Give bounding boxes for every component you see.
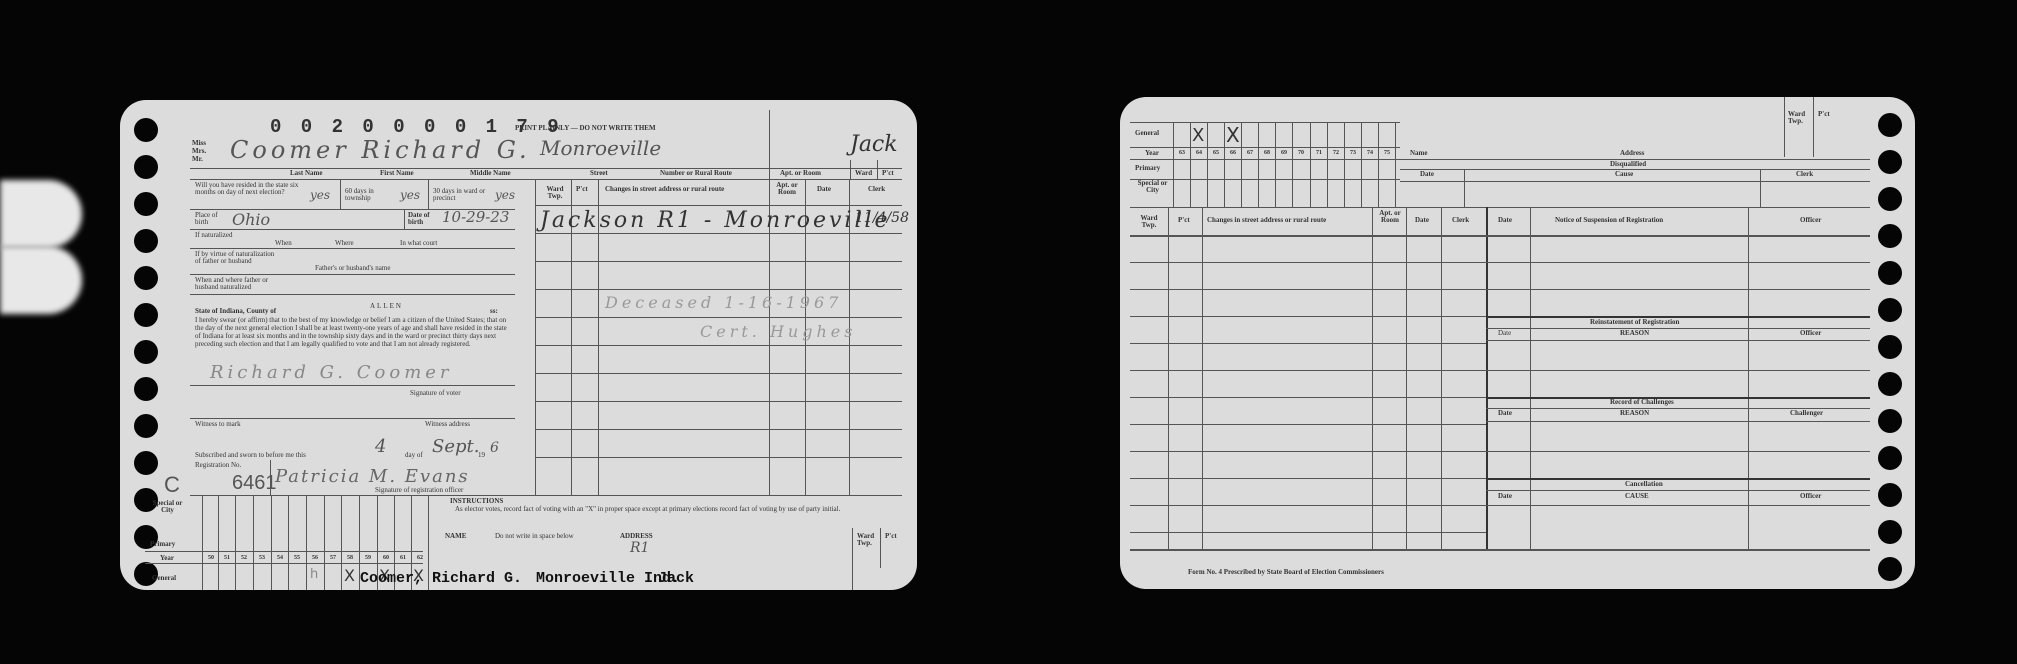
rule <box>306 495 307 590</box>
typed-name: Coomer, Richard G. <box>360 570 522 587</box>
adjacent-card-edge-bottom <box>0 246 82 314</box>
reinstatement-date-label: Date <box>1498 330 1511 337</box>
rule <box>1207 122 1208 207</box>
year-cell: 59 <box>361 555 375 561</box>
rule <box>1344 122 1345 207</box>
punch-hole <box>1878 261 1902 285</box>
rule <box>1486 421 1870 422</box>
rule <box>880 528 881 568</box>
date-of-birth-value: 10-29-23 <box>442 208 509 226</box>
grid-label-special: Special or City <box>150 500 185 515</box>
rule <box>190 495 902 496</box>
voter-signature: Richard G. Coomer <box>210 362 453 383</box>
label-ward: Ward <box>855 170 872 177</box>
punch-hole <box>1878 224 1902 248</box>
punch-hole <box>1878 409 1902 433</box>
header-notice: PRINT PLAINLY — DO NOT WRITE THEM <box>515 125 656 132</box>
punch-hole <box>134 229 158 253</box>
rule <box>1310 122 1311 207</box>
label-signature-of-voter: Signature of voter <box>410 390 461 397</box>
label-place-of-birth: Place of birth <box>195 212 225 227</box>
year-cell: 60 <box>379 555 393 561</box>
year-cell: 53 <box>255 555 269 561</box>
rule <box>1130 478 1486 479</box>
punch-hole <box>1878 298 1902 322</box>
rule <box>1361 122 1362 207</box>
rule <box>1224 122 1225 207</box>
year-cell: 70 <box>1294 150 1308 156</box>
rule <box>1441 207 1442 549</box>
rule <box>202 495 203 590</box>
year-cell: 73 <box>1346 150 1360 156</box>
punch-hole <box>134 377 158 401</box>
rule <box>190 274 515 275</box>
reinstatement-officer-label: Officer <box>1800 330 1821 337</box>
label-number: Number or Rural Route <box>660 170 732 177</box>
rule <box>1486 262 1870 263</box>
rule <box>1168 207 1169 549</box>
rule <box>850 160 851 180</box>
col-clerk: Clerk <box>1452 217 1469 224</box>
year-cell: 61 <box>396 555 410 561</box>
rule <box>1258 122 1259 207</box>
rule <box>1395 122 1396 207</box>
year-cell: 54 <box>273 555 287 561</box>
rule <box>1400 181 1870 182</box>
rule <box>535 233 902 234</box>
rule <box>1406 207 1407 549</box>
rule <box>340 179 341 209</box>
oath-county: ALLEN <box>370 303 403 310</box>
year-cell: 64 <box>1192 150 1206 156</box>
punch-hole <box>1878 113 1902 137</box>
punch-hole <box>134 340 158 364</box>
col-date: Date <box>817 186 831 193</box>
rule <box>1486 235 1870 237</box>
grid-label-general: General <box>152 575 176 582</box>
registration-card-back: General Year Primary Special or City 63 … <box>1120 97 1915 589</box>
rule <box>341 495 342 590</box>
col-apt: Apt. or Room <box>772 182 802 197</box>
year-cell: 74 <box>1363 150 1377 156</box>
rule <box>1486 370 1870 371</box>
vote-mark-58: X <box>344 566 355 585</box>
title-mr: Mr. <box>192 156 203 163</box>
col-pct: P'ct <box>576 186 588 193</box>
suspension-date-label: Date <box>1498 217 1512 224</box>
rule <box>1130 207 1870 208</box>
rule <box>190 229 515 230</box>
punch-hole <box>134 303 158 327</box>
vote-mark-56: h <box>310 567 318 582</box>
rule <box>1464 169 1465 207</box>
rule <box>1130 451 1486 452</box>
street-handwritten: Monroeville <box>540 136 661 160</box>
challenges-title: Record of Challenges <box>1610 399 1674 406</box>
label-apt: Apt. or Room <box>780 170 821 177</box>
punch-hole <box>1878 187 1902 211</box>
year-cell: 50 <box>204 555 218 561</box>
label-date: Date <box>1420 171 1434 178</box>
label-day-of: day of <box>405 452 423 459</box>
punch-hole <box>1878 557 1902 581</box>
rule <box>1130 179 1400 180</box>
rule <box>253 495 254 590</box>
rural-route-handwritten: R1 <box>630 540 649 556</box>
rule <box>1813 97 1814 157</box>
punch-hole <box>1878 372 1902 396</box>
rule <box>1486 478 1870 480</box>
rule <box>1486 397 1870 399</box>
grid-label-year: Year <box>1145 150 1159 157</box>
do-not-write-notice: Do not write in space below <box>495 533 574 540</box>
label-virtue: If by virtue of naturalization of father… <box>195 251 275 266</box>
challenges-reason-label: REASON <box>1620 410 1649 417</box>
punch-hole <box>1878 483 1902 507</box>
grid-label-year: Year <box>160 555 174 562</box>
rule <box>1130 235 1486 237</box>
voter-name-handwritten: Coomer Richard G. <box>230 136 531 164</box>
label-name: Name <box>1410 150 1428 157</box>
rule <box>1130 122 1400 123</box>
punch-hole <box>1878 520 1902 544</box>
change-entry-1: Jackson R1 - Monroeville <box>540 208 891 233</box>
label-if-naturalized: If naturalized <box>195 232 233 239</box>
label-pct: P'ct <box>882 170 894 177</box>
vote-mark-64: X <box>1192 125 1204 146</box>
label-officer-signature: Signature of registration officer <box>375 487 463 494</box>
rule <box>1530 207 1531 549</box>
rule <box>1327 122 1328 207</box>
punch-hole <box>1878 446 1902 470</box>
year-cell: 68 <box>1260 150 1274 156</box>
rule <box>1486 490 1870 491</box>
punch-hole <box>134 451 158 475</box>
rule <box>1486 207 1488 549</box>
rule <box>1130 549 1870 551</box>
rule <box>271 495 272 590</box>
day-value: 4 <box>375 436 386 457</box>
instructions-text: As elector votes, record fact of voting … <box>455 506 875 513</box>
rule <box>1486 451 1870 452</box>
rule <box>535 429 902 430</box>
label-where: Where <box>335 240 354 247</box>
punch-hole <box>1878 335 1902 359</box>
disqualified-title: Disqualified <box>1610 161 1646 168</box>
punch-hole <box>1878 150 1902 174</box>
rule <box>852 528 853 590</box>
label-when: When <box>275 240 292 247</box>
rule <box>1486 289 1870 290</box>
grid-label-primary: Primary <box>1135 165 1160 172</box>
grid-label-special: Special or City <box>1135 180 1170 195</box>
rule <box>535 373 902 374</box>
punch-hole <box>134 192 158 216</box>
col-clerk: Clerk <box>868 186 885 193</box>
change-entry-4: Cert. Hughes <box>700 322 856 341</box>
rule <box>1241 122 1242 207</box>
rule <box>535 401 902 402</box>
reinstatement-title: Reinstatement of Registration <box>1590 319 1679 326</box>
rule <box>1190 122 1191 207</box>
rule <box>1378 122 1379 207</box>
year-cell: 57 <box>326 555 340 561</box>
label-court: In what court <box>400 240 437 247</box>
rule <box>270 460 271 495</box>
rule <box>1130 289 1486 290</box>
cancellation-officer-label: Officer <box>1800 493 1821 500</box>
label-street: Street <box>590 170 608 177</box>
form-footer: Form No. 4 Prescribed by State Board of … <box>1188 569 1384 576</box>
oath-text: I hereby swear (or affirm) that to the b… <box>195 316 513 348</box>
rule <box>1372 207 1373 549</box>
rule <box>535 261 902 262</box>
col-changes: Changes in street address or rural route <box>605 186 724 193</box>
year-cell: 63 <box>1175 150 1189 156</box>
label-middle-name: Middle Name <box>470 170 511 177</box>
rule <box>218 495 219 590</box>
place-of-birth-value: Ohio <box>232 210 270 229</box>
label-name: NAME <box>445 533 466 540</box>
label-pct-bottom: P'ct <box>885 533 897 540</box>
reinstatement-reason-label: REASON <box>1620 330 1649 337</box>
label-witness-address: Witness address <box>425 421 470 428</box>
oath-state-line: State of Indiana, County of <box>195 308 276 315</box>
label-subscribed: Subscribed and sworn to before me this <box>195 452 306 459</box>
residence-state-question: Will you have resided in the state six m… <box>195 182 305 197</box>
challenges-challenger-label: Challenger <box>1790 410 1823 417</box>
label-father-naturalized: When and where father or husband natural… <box>195 277 285 292</box>
rule <box>535 457 902 458</box>
residence-ward-answer: yes <box>495 188 515 202</box>
col-ward-twp: Ward Twp. <box>1135 215 1163 230</box>
label-cause: Cause <box>1615 171 1633 178</box>
label-clerk: Clerk <box>1796 171 1813 178</box>
grid-label-general: General <box>1135 130 1159 137</box>
year-cell: 52 <box>237 555 251 561</box>
rule <box>428 179 429 209</box>
rule <box>769 110 770 180</box>
year-cell: 55 <box>290 555 304 561</box>
col-date: Date <box>1415 217 1429 224</box>
rule <box>1130 424 1486 425</box>
residence-ward-question: 30 days in ward or precinct <box>433 188 488 203</box>
rule <box>1748 207 1749 549</box>
label-date-of-birth: Date of birth <box>408 212 438 227</box>
rule <box>877 160 878 180</box>
rule <box>190 179 902 180</box>
residence-state-answer: yes <box>310 188 330 202</box>
rule <box>535 179 536 495</box>
rule <box>190 385 515 386</box>
typed-ward: Jack <box>658 570 694 587</box>
rule <box>1202 207 1203 549</box>
suspension-title: Notice of Suspension of Registration <box>1555 217 1663 224</box>
rule <box>288 495 289 590</box>
rule <box>1130 370 1486 371</box>
year-cell: 65 <box>1209 150 1223 156</box>
cancellation-title: Cancellation <box>1625 481 1663 488</box>
rule <box>1130 505 1486 506</box>
rule <box>190 248 515 249</box>
vote-mark-66: X <box>1226 123 1240 147</box>
rule <box>535 345 902 346</box>
punch-hole <box>134 155 158 179</box>
label-last-name: Last Name <box>290 170 322 177</box>
year-cell: 58 <box>343 555 357 561</box>
label-witness-to-mark: Witness to mark <box>195 421 241 428</box>
year-cell: 69 <box>1277 150 1291 156</box>
rule <box>1130 343 1486 344</box>
rule <box>1486 340 1870 341</box>
ward-handwritten: Jack <box>850 132 898 157</box>
year-cell: 75 <box>1380 150 1394 156</box>
rule <box>1130 262 1486 263</box>
rule <box>1130 397 1486 398</box>
year-cell: 66 <box>1226 150 1240 156</box>
rule <box>1784 97 1785 157</box>
col-ward-twp: Ward Twp. <box>540 186 570 201</box>
month-value: Sept. <box>432 436 479 457</box>
rule <box>145 563 423 564</box>
change-date-1: 11/4/58 <box>855 210 909 226</box>
residence-township-question: 60 days in township <box>345 188 395 203</box>
rule <box>404 209 405 229</box>
suspension-officer-label: Officer <box>1800 217 1821 224</box>
col-changes: Changes in street address or rural route <box>1207 217 1326 224</box>
label-year-prefix: 19 <box>478 452 485 459</box>
rule <box>190 418 515 419</box>
label-address: Address <box>1620 150 1644 157</box>
officer-signature: Patricia M. Evans <box>275 466 470 487</box>
year-cell: 72 <box>1329 150 1343 156</box>
rule <box>1173 122 1174 207</box>
residence-township-answer: yes <box>400 188 420 202</box>
punch-hole <box>134 118 158 142</box>
rule <box>1130 316 1486 317</box>
year-cell: 71 <box>1312 150 1326 156</box>
year-cell: 51 <box>220 555 234 561</box>
year-cell: 67 <box>1243 150 1257 156</box>
col-pct: P'ct <box>1178 217 1190 224</box>
col-apt: Apt. or Room <box>1375 210 1405 225</box>
rule <box>190 294 515 295</box>
rule <box>145 551 423 552</box>
rule <box>535 317 902 318</box>
rule <box>1130 159 1400 160</box>
punch-hole <box>134 266 158 290</box>
rule <box>1760 169 1761 207</box>
grid-label-primary: Primary <box>150 541 175 548</box>
year-cell: 62 <box>413 555 427 561</box>
challenges-date-label: Date <box>1498 410 1512 417</box>
punch-hole <box>134 414 158 438</box>
year-cell: 56 <box>308 555 322 561</box>
rule <box>535 205 902 206</box>
rule <box>1486 505 1870 506</box>
adjacent-card-edge-top <box>0 180 82 248</box>
cancellation-date-label: Date <box>1498 493 1512 500</box>
cancellation-cause-label: CAUSE <box>1625 493 1649 500</box>
rule <box>235 495 236 590</box>
rule <box>1292 122 1293 207</box>
rule <box>535 289 902 290</box>
rule <box>1275 122 1276 207</box>
label-first-name: First Name <box>380 170 414 177</box>
rule <box>324 495 325 590</box>
rule <box>1130 147 1400 148</box>
label-ward-twp: Ward Twp. <box>857 533 877 548</box>
rule <box>1130 532 1486 533</box>
change-entry-3: Deceased 1-16-1967 <box>605 293 842 312</box>
registration-prefix: C <box>164 472 180 498</box>
label-father-name: Father's or husband's name <box>315 265 390 272</box>
label-registration-no: Registration No. <box>195 462 241 469</box>
oath-ss: ss: <box>490 308 498 315</box>
label-ward-twp: Ward Twp. <box>1788 111 1810 126</box>
label-pct: P'ct <box>1818 111 1830 118</box>
registration-card-front: 0 0 2 0 0 0 0 1 7 9 PRINT PLAINLY — DO N… <box>120 100 917 590</box>
year-value: 6 <box>490 440 499 456</box>
